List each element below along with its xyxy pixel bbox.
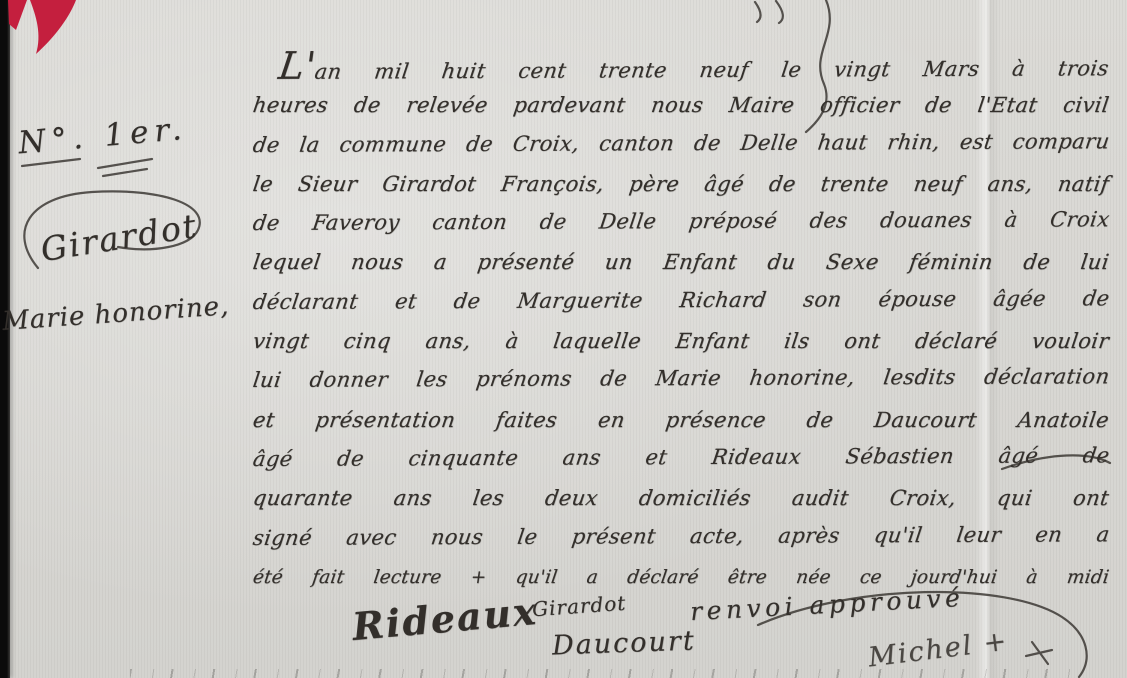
act-line: déclarant et de Marguerite Richard son é… — [250, 279, 1112, 322]
act-line: été fait lecture + qu'il a déclaré être … — [250, 558, 1112, 597]
act-line: de Faveroy canton de Delle préposé des d… — [250, 200, 1112, 243]
act-line: de la commune de Croix, canton de Delle … — [250, 122, 1112, 165]
scan-binding-edge — [0, 0, 10, 678]
act-body: L'an mil huit cent trente neuf le vingt … — [253, 47, 1109, 597]
margin-surname: Girardot — [38, 206, 201, 269]
red-stamp-fragment-icon — [0, 0, 90, 64]
act-line: lequel nous a présenté un Enfant du Sexe… — [250, 243, 1112, 282]
signature-girardot: Girardot — [531, 591, 627, 622]
act-line: le Sieur Girardot François, père âgé de … — [250, 165, 1112, 204]
act-line: L'an mil huit cent trente neuf le vingt … — [250, 43, 1112, 86]
act-line: signé avec nous le présent acte, après q… — [250, 515, 1112, 558]
act-line: âgé de cinquante ans et Rideaux Sébastie… — [250, 436, 1112, 479]
margin-given-names: Marie honorine, — [1, 291, 230, 337]
margin-record-number: N°. 1er. — [17, 111, 189, 162]
act-line: quarante ans les deux domiciliés audit C… — [250, 479, 1112, 518]
next-act-cropped-line — [130, 669, 1080, 678]
scanned-register-page: N°. 1er. Girardot Marie honorine, L'an m… — [0, 0, 1127, 678]
act-line: et présentation faites en présence de Da… — [250, 401, 1112, 440]
act-line: lui donner les prénoms de Marie honorine… — [250, 358, 1112, 401]
act-line: heures de relevée pardevant nous Maire o… — [250, 86, 1112, 125]
act-line: vingt cinq ans, à laquelle Enfant ils on… — [250, 322, 1112, 361]
signature-daucourt: Daucourt — [552, 626, 697, 662]
